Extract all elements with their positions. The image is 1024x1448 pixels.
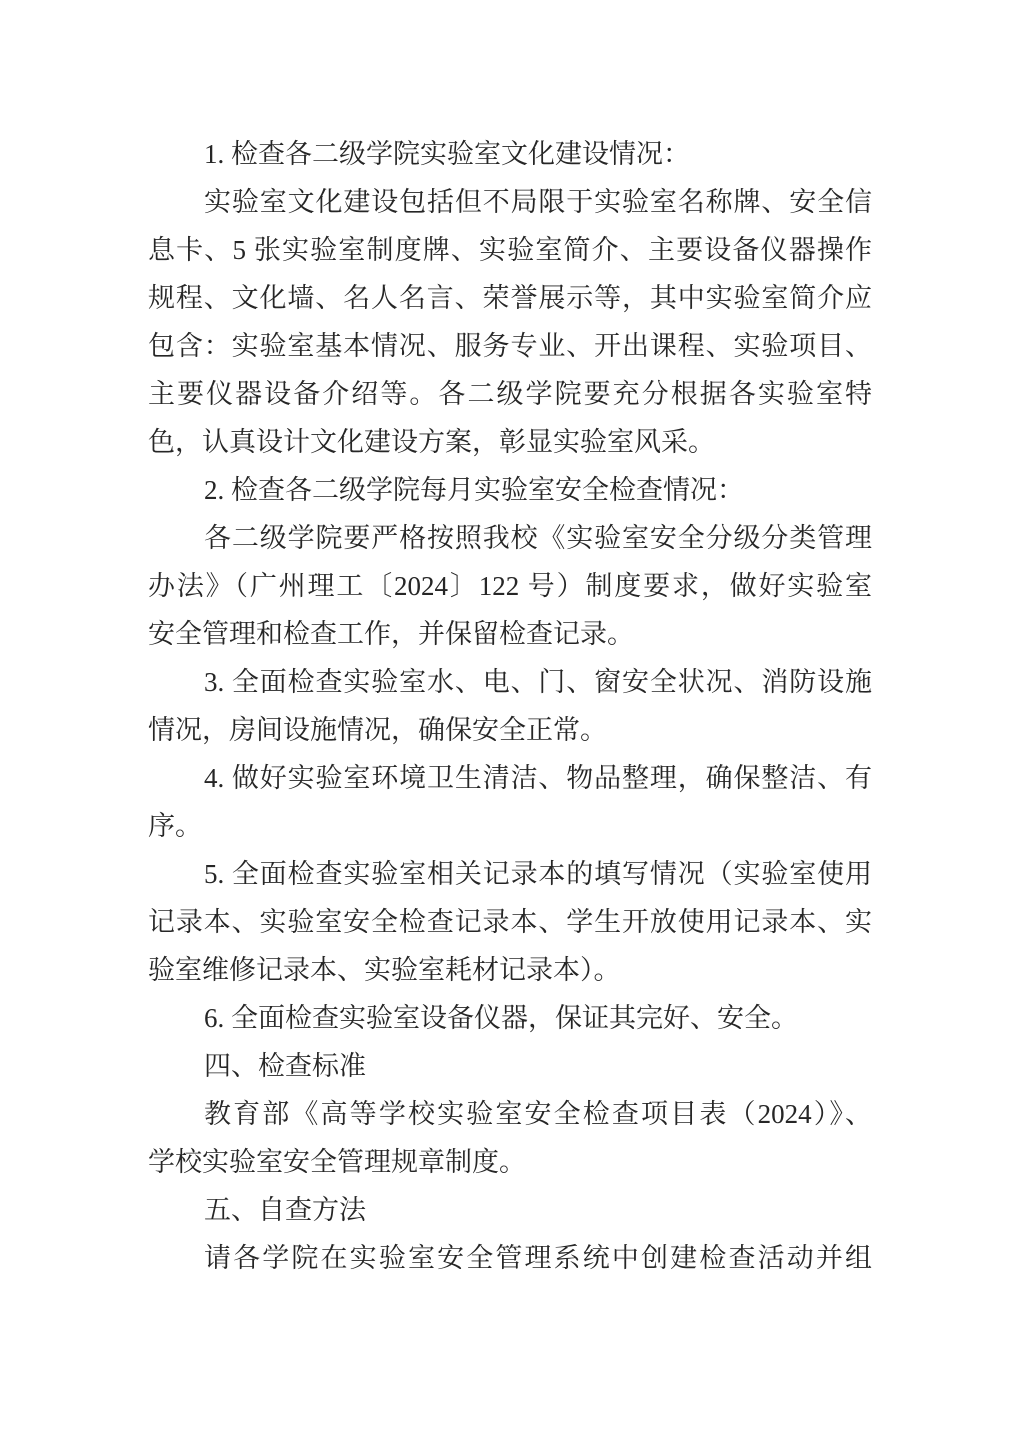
text-line: 记录本、实验室安全检查记录本、学生开放使用记录本、实 <box>148 898 872 946</box>
text-line: 安全管理和检查工作，并保留检查记录。 <box>148 610 872 658</box>
text-line: 3. 全面检查实验室水、电、门、窗安全状况、消防设施 <box>148 658 872 706</box>
text-line: 息卡、5 张实验室制度牌、实验室简介、主要设备仪器操作 <box>148 226 872 274</box>
text-line: 5. 全面检查实验室相关记录本的填写情况（实验室使用 <box>148 850 872 898</box>
text-line: 情况，房间设施情况，确保安全正常。 <box>148 706 872 754</box>
text-line: 四、检查标准 <box>148 1042 872 1090</box>
text-line: 规程、文化墙、名人名言、荣誉展示等，其中实验室简介应 <box>148 274 872 322</box>
text-line: 实验室文化建设包括但不局限于实验室名称牌、安全信 <box>148 178 872 226</box>
text-line: 色，认真设计文化建设方案，彰显实验室风采。 <box>148 418 872 466</box>
text-line: 主要仪器设备介绍等。各二级学院要充分根据各实验室特 <box>148 370 872 418</box>
document-body: 1. 检查各二级学院实验室文化建设情况：实验室文化建设包括但不局限于实验室名称牌… <box>148 130 872 1282</box>
document-page: 1. 检查各二级学院实验室文化建设情况：实验室文化建设包括但不局限于实验室名称牌… <box>0 0 1024 1448</box>
text-line: 请各学院在实验室安全管理系统中创建检查活动并组 <box>148 1234 872 1282</box>
text-line: 4. 做好实验室环境卫生清洁、物品整理，确保整洁、有 <box>148 754 872 802</box>
text-line: 验室维修记录本、实验室耗材记录本）。 <box>148 946 872 994</box>
text-line: 办法》（广州理工〔2024〕122 号）制度要求，做好实验室 <box>148 562 872 610</box>
text-line: 1. 检查各二级学院实验室文化建设情况： <box>148 130 872 178</box>
text-line: 学校实验室安全管理规章制度。 <box>148 1138 872 1186</box>
text-line: 教育部《高等学校实验室安全检查项目表（2024）》、 <box>148 1090 872 1138</box>
text-line: 序。 <box>148 802 872 850</box>
text-line: 2. 检查各二级学院每月实验室安全检查情况： <box>148 466 872 514</box>
text-line: 各二级学院要严格按照我校《实验室安全分级分类管理 <box>148 514 872 562</box>
text-line: 五、自查方法 <box>148 1186 872 1234</box>
text-line: 6. 全面检查实验室设备仪器，保证其完好、安全。 <box>148 994 872 1042</box>
text-line: 包含：实验室基本情况、服务专业、开出课程、实验项目、 <box>148 322 872 370</box>
